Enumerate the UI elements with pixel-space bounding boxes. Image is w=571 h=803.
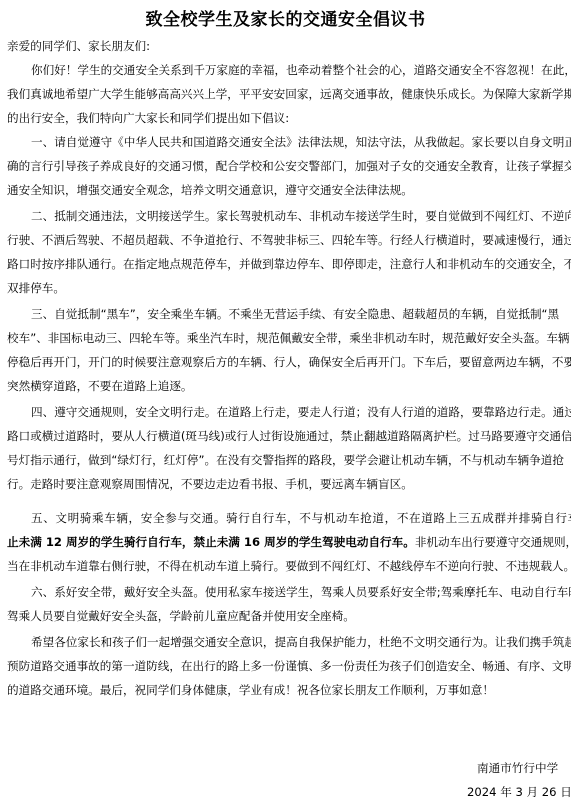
greeting: 亲爱的同学们、家长朋友们: xyxy=(7,38,557,54)
paragraph-line: 停稳后再开门，开门的时候要注意观察后方的车辆、行人，确保安全后再开门。下车后，要… xyxy=(7,354,557,370)
paragraph-line: 的出行安全，我们特向广大家长和同学们提出如下倡议: xyxy=(7,110,557,126)
paragraph-line: 确的言行引导孩子养成良好的交通习惯，配合学校和公安交警部门，加强对子女的交通安全… xyxy=(7,158,557,174)
paragraph-line: 驾乘人员要自觉戴好安全头盔，学龄前儿童应配备并使用安全座椅。 xyxy=(7,608,557,624)
paragraph-text: 五、文明骑乘车辆，安全参与交通。骑行自行车，不与机动车抢道，不在道路上三五成群并… xyxy=(31,511,571,525)
paragraph-line: 我们真诚地希望广大学生能够高高兴兴上学，平平安安回家，远离交通事故，健康快乐成长… xyxy=(7,86,557,102)
paragraph-line: 你们好！学生的交通安全关系到千万家庭的幸福，也牵动着整个社会的心，道路交通安全不… xyxy=(31,62,557,78)
paragraph-line: 五、文明骑乘车辆，安全参与交通。骑行自行车，不与机动车抢道，不在道路上三五成群并… xyxy=(31,510,557,526)
paragraph-line: 希望各位家长和孩子们一起增强交通安全意识，提高自我保护能力，杜绝不文明交通行为。… xyxy=(31,634,557,650)
paragraph-text: 非机动车出行要遵守交通规则，应 xyxy=(415,535,571,549)
paragraph-line: 一、请自觉遵守《中华人民共和国道路交通安全法》法律法规，知法守法，从我做起。家长… xyxy=(31,134,557,150)
paragraph-line: 行驶、不酒后驾驶、不超员超载、不争道抢行、不驾驶非标三、四轮车等。行经人行横道时… xyxy=(7,232,557,248)
paragraph-line: 号灯指示通行，做到“绿灯行，红灯停”。在没有交警指挥的路段，要学会避让机动车辆，… xyxy=(7,452,557,468)
paragraph-line: 三、自觉抵制“黑车”，安全乘坐车辆。不乘坐无营运手续、有安全隐患、超载超员的车辆… xyxy=(31,306,557,322)
paragraph-line: 四、遵守交通规则，安全文明行走。在道路上行走，要走人行道；没有人行道的道路，要靠… xyxy=(31,404,557,420)
paragraph-line: 六、系好安全带，戴好安全头盔。使用私家车接送学生，驾乘人员要系好安全带;驾乘摩托… xyxy=(31,584,557,600)
paragraph-line: 的道路交通环境。最后，祝同学们身体健康，学业有成！祝各位家长朋友工作顺利，万事如… xyxy=(7,682,557,698)
paragraph-line: 当在非机动车道靠右侧行驶，不得在机动车道上骑行。要做到不闯红灯、不越线停车不逆向… xyxy=(7,558,557,574)
signature-date: 2024 年 3 月 26 日 xyxy=(467,784,571,800)
document-title: 致全校学生及家长的交通安全倡议书 xyxy=(0,5,571,30)
paragraph-line: 二、抵制交通违法，文明接送学生。家长驾驶机动车、非机动车接送学生时，要自觉做到不… xyxy=(31,208,557,224)
paragraph-line: 校车”、非国标电动三、四轮车等。乘坐汽车时，规范佩戴安全带，乘坐非机动车时，规范… xyxy=(7,330,557,346)
paragraph-line: 行。走路时要注意观察周围情况，不要边走边看书报、手机，要远离车辆盲区。 xyxy=(7,476,557,492)
paragraph-line: 双排停车。 xyxy=(7,280,557,296)
paragraph-line: 预防道路交通事故的第一道防线，在出行的路上多一份谨慎、多一份责任为孩子们创造安全… xyxy=(7,658,557,674)
paragraph-line: 突然横穿道路，不要在道路上追逐。 xyxy=(7,378,557,394)
signature-organization: 南通市竹行中学 xyxy=(477,760,558,776)
paragraph-line: 止未满 12 周岁的学生骑行自行车，禁止未满 16 周岁的学生驾驶电动自行车。非… xyxy=(7,534,557,550)
paragraph-line: 通安全知识，增强交通安全观念，培养文明交通意识，遵守交通安全法律法规。 xyxy=(7,182,557,198)
paragraph-line: 路口时按序排队通行。在指定地点规范停车，并做到靠边停车、即停即走，注意行人和非机… xyxy=(7,256,557,272)
paragraph-line: 路口或横过道路时，要从人行横道(斑马线)或行人过街设施通过，禁止翻越道路隔离护栏… xyxy=(7,428,557,444)
bold-prohibition-text: 止未满 12 周岁的学生骑行自行车，禁止未满 16 周岁的学生驾驶电动自行车。 xyxy=(7,535,415,549)
